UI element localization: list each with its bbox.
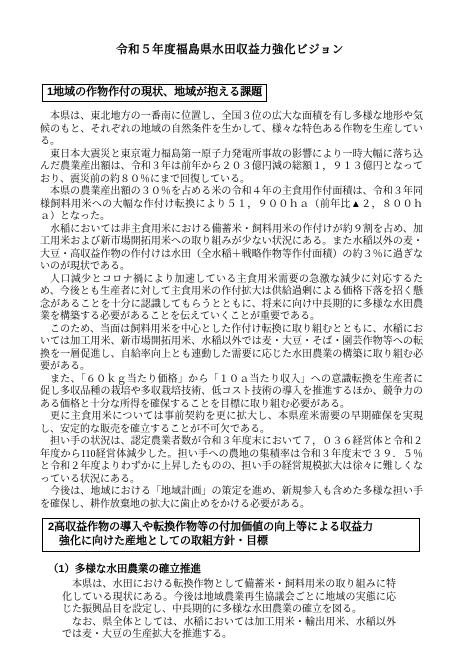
subsection1-body: 本県は、水田における転換作物として備蓄米・飼料用米の取り組みに特化している現状に… [62,579,396,642]
paragraph: このため、当面は飼料用米を中心とした作付け転換に取り組むとともに、水稲においては… [40,324,423,374]
section2-heading-line1: 2高収益作物の導入や転換作物等の付加価値の向上等による収益力 [48,521,414,535]
paragraph: 担い手の状況は、認定農業者数が令和３年度末において７，０３６経営体と令和２年度か… [40,436,423,486]
document-page: 令和５年度福島県水田収益力強化ビジョン 1地域の作物作付の現状、地域が抱える課題… [0,0,460,650]
section1-body: 本県は、東北地方の一番南に位置し、全国３位の広大な面積を有し多様な地形や気候のも… [40,111,423,511]
paragraph: 東日本大震災と東京電力福島第一原子力発電所事故の影響により一時大幅に落ち込んだ農… [40,149,423,187]
paragraph: 本県は、東北地方の一番南に位置し、全国３位の広大な面積を有し多様な地形や気候のも… [40,111,423,149]
subsection1-heading: （1）多様な水田農業の確立推進 [48,563,460,576]
section1-heading: 1地域の作物作付の現状、地域が抱える課題 [42,84,267,102]
paragraph: 人口減少とコロナ禍により加速している主食用米需要の急激な減少に対応するため、今後… [40,274,423,324]
section2-heading: 2高収益作物の導入や転換作物等の付加価値の向上等による収益力 強化に向けた産地と… [42,518,420,552]
paragraph: なお、県全体としては、水稲においては加工用米・輸出用米、水稲以外では麦・大豆の生… [62,617,396,642]
paragraph: 水稲においては非主食用米における備蓄米・飼料用米の作付けが約９割を占め、加工用米… [40,224,423,274]
paragraph: 更に主食用米については事前契約を更に拡大し、本県産米需要の早期確保を実現し、安定… [40,411,423,436]
document-title: 令和５年度福島県水田収益力強化ビジョン [0,0,460,57]
paragraph: 今後は、地域における「地域計画」の策定を進め、新規参入も含めた多様な担い手を確保… [40,486,423,511]
paragraph: 本県は、水田における転換作物として備蓄米・飼料用米の取り組みに特化している現状に… [62,579,396,617]
paragraph: また、「６０ｋｇ当たり価格」から「１０ａ当たり収入」への意識転換を生産者に促し多… [40,374,423,412]
section2-heading-line2: 強化に向けた産地としての取組方針・目標 [48,535,414,549]
paragraph: 本県の農業産出額の３０％を占める米の令和４年の主食用作付面積は、令和３年同様飼料… [40,186,423,224]
